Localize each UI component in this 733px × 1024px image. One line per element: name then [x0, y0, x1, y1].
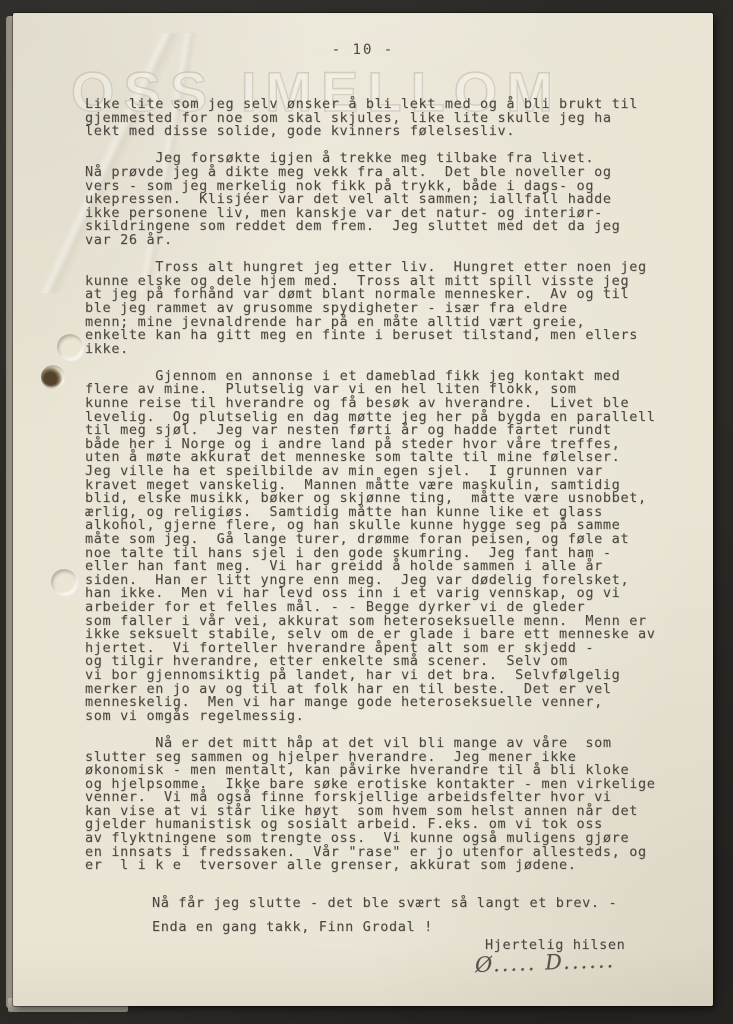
punch-hole-stained-top — [41, 365, 65, 389]
dark-stain-spot — [13, 13, 29, 29]
handwritten-signature: Ø..... D...... — [475, 952, 665, 972]
paragraph-5: Nå er det mitt håp at det vil bli mange … — [85, 737, 665, 873]
letter-body: Like lite som jeg selv ønsker å bli lekt… — [85, 98, 665, 972]
punch-hole-emboss-bottom — [51, 569, 77, 595]
closing-line-2: Enda en gang takk, Finn Grodal ! — [152, 921, 665, 935]
punch-hole-emboss-top — [57, 334, 83, 360]
paper-scuff — [13, 29, 29, 39]
paragraph-2: Jeg forsøkte igjen å trekke meg tilbake … — [85, 152, 665, 247]
closing-line-1: Nå får jeg slutte - det ble svært så lan… — [152, 897, 665, 911]
paragraph-1: Like lite som jeg selv ønsker å bli lekt… — [85, 98, 665, 139]
paragraph-3: Tross alt hungret jeg etter liv. Hungret… — [85, 261, 665, 356]
paragraph-4: Gjennom en annonse i et dameblad fikk je… — [85, 370, 665, 723]
letter-page: OSS IMELLOM - 10 - Like lite som jeg sel… — [13, 13, 713, 1006]
page-number: - 10 - — [13, 42, 713, 58]
scan-background: { "document": { "kind": "typewritten-let… — [0, 0, 733, 1024]
